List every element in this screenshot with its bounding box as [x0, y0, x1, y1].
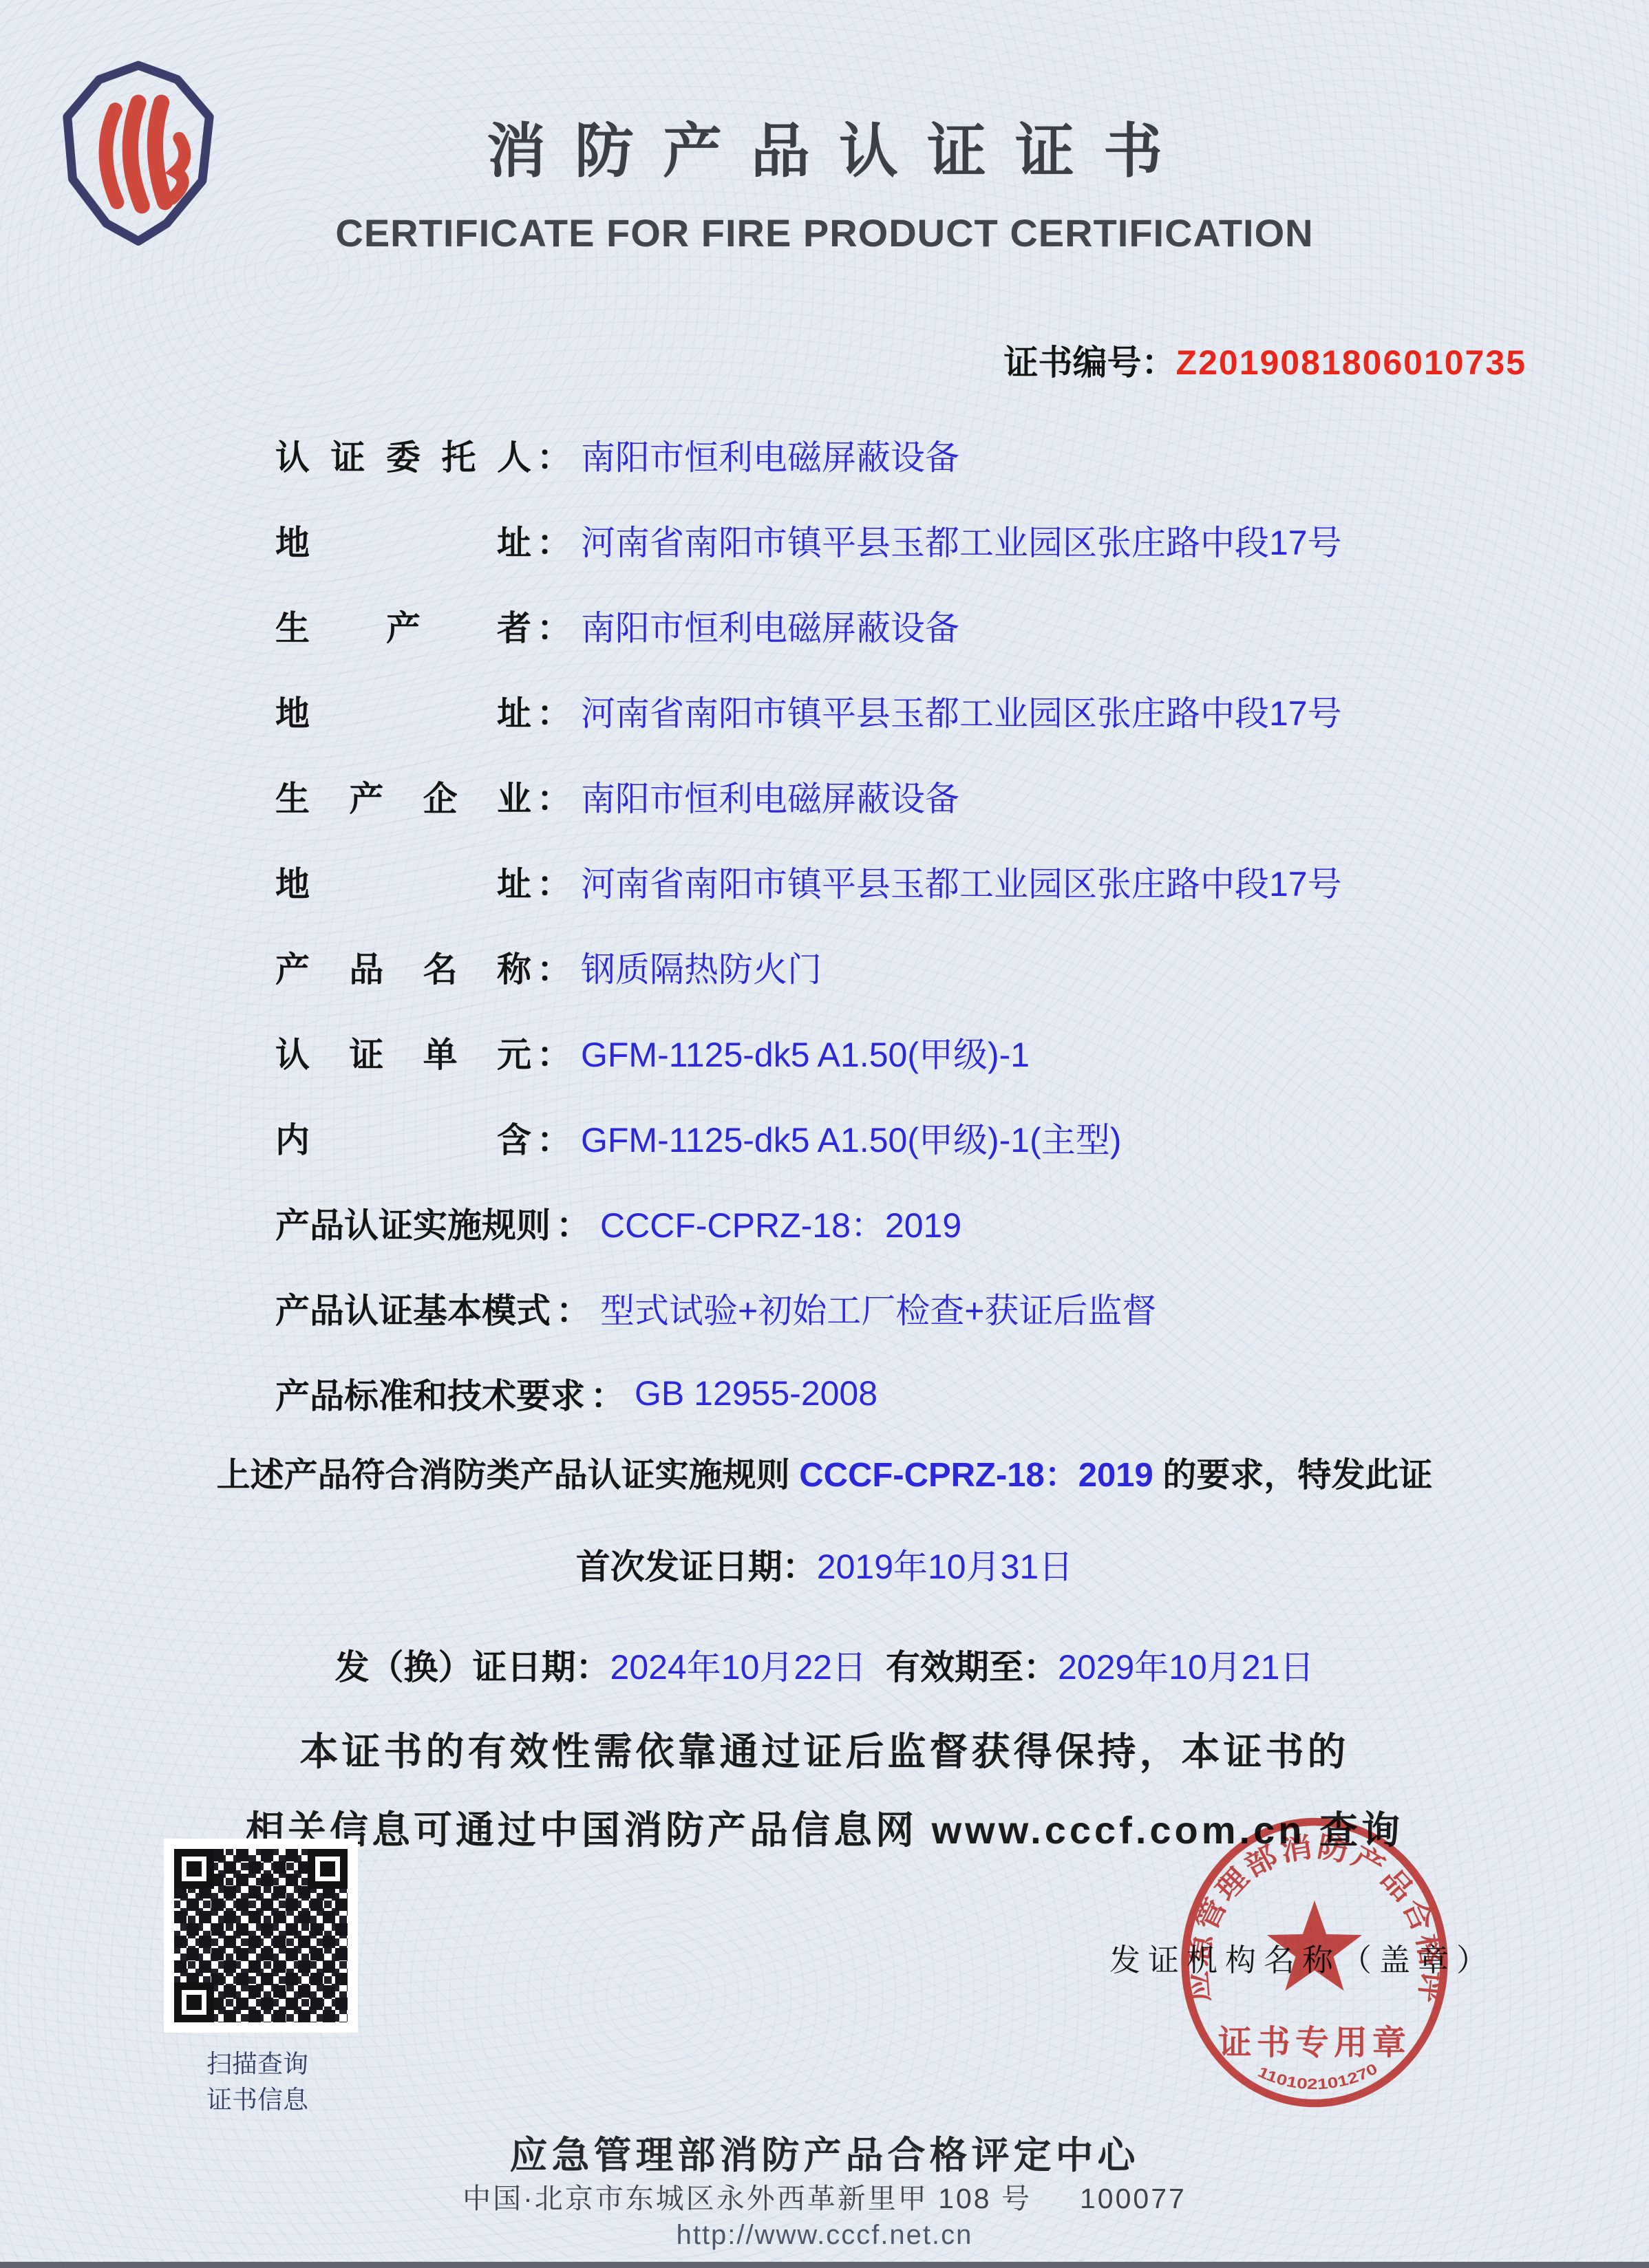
qr-finder-bottom-left [174, 1982, 214, 2022]
seal-center-label: 证书专用章 [1218, 2024, 1411, 2062]
field-label: 认证委托人 [275, 430, 531, 480]
organization-postcode: 100077 [1080, 2183, 1187, 2214]
field-row-address-3: 地址：河南省南阳市镇平县玉都工业园区张庄路中段17号 [275, 839, 1532, 924]
qr-code [164, 1839, 358, 2033]
statement-suffix: 的要求，特发此证 [1153, 1457, 1433, 1494]
field-label: 生产者 [275, 601, 531, 650]
field-colon: ： [556, 1198, 591, 1248]
field-value: 钢质隔热防火门 [581, 942, 822, 992]
valid-until-value: 2029年10月21日 [1058, 1648, 1314, 1687]
statement-prefix: 上述产品符合消防类产品认证实施规则 [217, 1457, 800, 1494]
qr-block: 扫描查询 证书信息 [164, 1839, 358, 2118]
field-value: 南阳市恒利电磁屏蔽设备 [581, 771, 959, 821]
field-value: GB 12955-2008 [635, 1373, 877, 1413]
field-label: 地址 [275, 686, 531, 736]
field-colon: ： [537, 515, 571, 565]
fire-shield-logo [50, 40, 227, 268]
certificate-number-line: 证书编号：Z2019081806010735 [0, 335, 1649, 385]
field-row-producer: 生产者：南阳市恒利电磁屏蔽设备 [275, 583, 1532, 668]
conformity-statement: 上述产品符合消防类产品认证实施规则 CCCF-CPRZ-18：2019 的要求，… [0, 1448, 1649, 1497]
field-colon: ： [537, 942, 571, 992]
field-colon: ： [537, 1113, 571, 1162]
field-row-applicant: 认证委托人：南阳市恒利电磁屏蔽设备 [275, 412, 1532, 498]
field-colon: ： [556, 1283, 591, 1333]
first-issue-date-value: 2019年10月31日 [817, 1548, 1073, 1586]
field-value: 河南省南阳市镇平县玉都工业园区张庄路中段17号 [581, 686, 1342, 736]
page-subtitle: CERTIFICATE FOR FIRE PRODUCT CERTIFICATI… [0, 211, 1649, 255]
field-value: CCCF-CPRZ-18：2019 [600, 1198, 961, 1248]
reissue-validity-line: 发（换）证日期：2024年10月22日有效期至：2029年10月21日 [0, 1640, 1649, 1689]
qr-finder-top-right [308, 1849, 348, 1889]
certificate-number-label: 证书编号： [1004, 343, 1176, 382]
qr-caption-line-1: 扫描查询 [206, 2046, 358, 2082]
qr-finder-top-left [174, 1849, 214, 1889]
field-row-included-models: 内含：GFM-1125-dk5 A1.50(甲级)-1(主型) [275, 1095, 1532, 1180]
validity-notice-line-1: 本证书的有效性需依靠通过证后监督获得保持，本证书的 [0, 1713, 1649, 1791]
reissue-date-label: 发（换）证日期： [335, 1648, 610, 1687]
field-label: 内含 [275, 1113, 531, 1162]
field-value: 河南省南阳市镇平县玉都工业园区张庄路中段17号 [581, 857, 1342, 906]
first-issue-date-label: 首次发证日期： [576, 1548, 817, 1586]
field-value: GFM-1125-dk5 A1.50(甲级)-1 [581, 1027, 1030, 1077]
first-issue-date-line: 首次发证日期：2019年10月31日 [0, 1539, 1649, 1589]
certificate-number-value: Z2019081806010735 [1176, 343, 1526, 382]
field-row-implementation-rule: 产品认证实施规则：CCCF-CPRZ-18：2019 [275, 1180, 1532, 1265]
reissue-date-value: 2024年10月22日 [610, 1648, 866, 1687]
page-bottom-edge [0, 2262, 1649, 2268]
organization-website: http://www.cccf.net.cn [0, 2220, 1649, 2251]
qr-caption-line-2: 证书信息 [206, 2082, 358, 2118]
field-label: 认证单元 [275, 1027, 531, 1077]
field-row-certification-unit: 认证单元：GFM-1125-dk5 A1.50(甲级)-1 [275, 1009, 1532, 1095]
valid-until-label: 有效期至： [886, 1648, 1058, 1687]
field-label: 地址 [275, 515, 531, 565]
field-colon: ： [537, 686, 571, 736]
field-colon: ： [537, 430, 571, 480]
field-label: 产品标准和技术要求 [275, 1369, 585, 1418]
field-row-certification-mode: 产品认证基本模式：型式试验+初始工厂检查+获证后监督 [275, 1265, 1532, 1351]
page-title: 消防产品认证证书 [0, 0, 1649, 189]
statement-rule-number: CCCF-CPRZ-18：2019 [799, 1457, 1153, 1494]
official-seal-stamp: 应急管理部消防产品合格评定中心 证书专用章 11010210127041 [1171, 1811, 1458, 2111]
qr-caption: 扫描查询 证书信息 [206, 2046, 358, 2118]
field-row-product-standard: 产品标准和技术要求：GB 12955-2008 [275, 1351, 1532, 1436]
organization-address: 中国·北京市东城区永外西革新里甲 108 号 [462, 2183, 1032, 2214]
issuing-organization-name: 应急管理部消防产品合格评定中心 [0, 2125, 1649, 2179]
field-value: 南阳市恒利电磁屏蔽设备 [581, 601, 959, 650]
field-value: 型式试验+初始工厂检查+获证后监督 [600, 1283, 1156, 1333]
field-label: 产品认证基本模式 [275, 1283, 551, 1333]
field-colon: ： [537, 857, 571, 906]
field-colon: ： [591, 1369, 625, 1418]
field-label: 生产企业 [275, 771, 531, 821]
field-colon: ： [537, 1027, 571, 1077]
field-value: 南阳市恒利电磁屏蔽设备 [581, 430, 959, 480]
field-row-manufacturer: 生产企业：南阳市恒利电磁屏蔽设备 [275, 753, 1532, 839]
field-value: 河南省南阳市镇平县玉都工业园区张庄路中段17号 [581, 515, 1342, 565]
field-row-address-1: 地址：河南省南阳市镇平县玉都工业园区张庄路中段17号 [275, 498, 1532, 583]
svg-text:应急管理部消防产品合格评定中心: 应急管理部消防产品合格评定中心 [1171, 1811, 1449, 2007]
certificate-fields: 认证委托人：南阳市恒利电磁屏蔽设备 地址：河南省南阳市镇平县玉都工业园区张庄路中… [0, 412, 1649, 1436]
organization-address-line: 中国·北京市东城区永外西革新里甲 108 号100077 [0, 2176, 1649, 2216]
field-colon: ： [537, 771, 571, 821]
field-value: GFM-1125-dk5 A1.50(甲级)-1(主型) [581, 1113, 1121, 1162]
seal-ring-text: 应急管理部消防产品合格评定中心 [1171, 1811, 1449, 2007]
field-row-address-2: 地址：河南省南阳市镇平县玉都工业园区张庄路中段17号 [275, 668, 1532, 753]
field-row-product-name: 产品名称：钢质隔热防火门 [275, 924, 1532, 1009]
field-label: 地址 [275, 857, 531, 906]
seal-star-icon [1267, 1901, 1362, 1991]
field-label: 产品认证实施规则 [275, 1198, 551, 1248]
field-label: 产品名称 [275, 942, 531, 992]
field-colon: ： [537, 601, 571, 650]
certificate-page: 消防产品认证证书 CERTIFICATE FOR FIRE PRODUCT CE… [0, 0, 1649, 2268]
